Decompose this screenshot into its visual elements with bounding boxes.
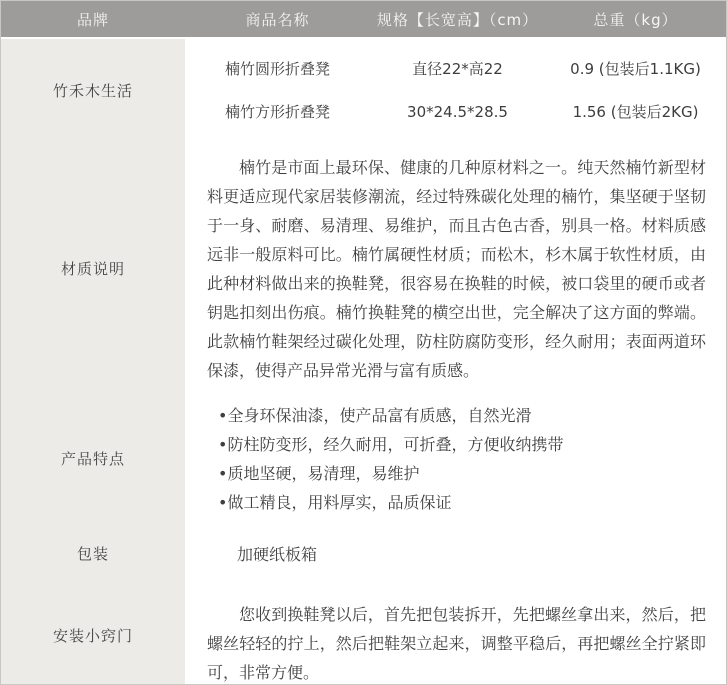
install-paragraph: 您收到换鞋凳以后，首先把包装拆开，先把螺丝拿出来，然后，把螺丝轻轻的拧上，然后把… <box>185 600 726 684</box>
install-row: 安装小窍门 您收到换鞋凳以后，首先把包装拆开，先把螺丝拿出来，然后，把螺丝轻轻的… <box>1 586 726 684</box>
product-weight: 1.56 (包装后2KG) <box>545 101 726 122</box>
list-item: •全身环保油漆，使产品富有质感，自然光滑 <box>218 401 710 430</box>
packaging-row: 包装 加硬纸板箱 <box>1 521 726 586</box>
install-label: 安装小窍门 <box>1 586 185 684</box>
product-name: 楠竹方形折叠凳 <box>185 101 370 122</box>
material-content: 楠竹是市面上最环保、健康的几种原材料之一。纯天然楠竹新型材料更适应现代家居装修潮… <box>185 141 726 396</box>
list-item: •防柱防变形，经久耐用，可折叠，方便收纳携带 <box>218 430 710 459</box>
table-row: 楠竹圆形折叠凳 直径22*高22 0.9 (包装后1.1KG) <box>185 58 726 79</box>
list-item: •质地坚硬，易清理，易维护 <box>218 459 710 488</box>
product-spec: 直径22*高22 <box>370 58 545 79</box>
table-row: 楠竹方形折叠凳 30*24.5*28.5 1.56 (包装后2KG) <box>185 101 726 122</box>
product-spec-table: 品牌 商品名称 规格【长宽高】（cm） 总重（kg） 竹禾木生活 楠竹圆形折叠凳… <box>0 0 727 685</box>
material-row: 材质说明 楠竹是市面上最环保、健康的几种原材料之一。纯天然楠竹新型材料更适应现代… <box>1 141 726 396</box>
packaging-text: 加硬纸板箱 <box>237 542 317 565</box>
product-spec: 30*24.5*28.5 <box>370 103 545 121</box>
header-product-name: 商品名称 <box>185 9 370 30</box>
packaging-content: 加硬纸板箱 <box>185 521 726 586</box>
install-content: 您收到换鞋凳以后，首先把包装拆开，先把螺丝拿出来，然后，把螺丝轻轻的拧上，然后把… <box>185 586 726 684</box>
packaging-label: 包装 <box>1 521 185 586</box>
features-list: •全身环保油漆，使产品富有质感，自然光滑 •防柱防变形，经久耐用，可折叠，方便收… <box>185 396 726 521</box>
header-spec: 规格【长宽高】（cm） <box>370 9 545 30</box>
product-weight: 0.9 (包装后1.1KG) <box>545 58 726 79</box>
brand-row: 竹禾木生活 楠竹圆形折叠凳 直径22*高22 0.9 (包装后1.1KG) 楠竹… <box>1 39 726 141</box>
brand-name-label: 竹禾木生活 <box>1 39 185 141</box>
list-item: •做工精良，用料厚实，品质保证 <box>218 488 710 517</box>
header-weight: 总重（kg） <box>545 9 726 30</box>
table-header-row: 品牌 商品名称 规格【长宽高】（cm） 总重（kg） <box>1 1 726 39</box>
material-paragraph: 楠竹是市面上最环保、健康的几种原材料之一。纯天然楠竹新型材料更适应现代家居装修潮… <box>185 153 726 385</box>
product-name: 楠竹圆形折叠凳 <box>185 58 370 79</box>
features-row: 产品特点 •全身环保油漆，使产品富有质感，自然光滑 •防柱防变形，经久耐用，可折… <box>1 396 726 521</box>
features-label: 产品特点 <box>1 396 185 521</box>
material-label: 材质说明 <box>1 141 185 396</box>
header-brand: 品牌 <box>1 9 185 30</box>
brand-products: 楠竹圆形折叠凳 直径22*高22 0.9 (包装后1.1KG) 楠竹方形折叠凳 … <box>185 39 726 141</box>
